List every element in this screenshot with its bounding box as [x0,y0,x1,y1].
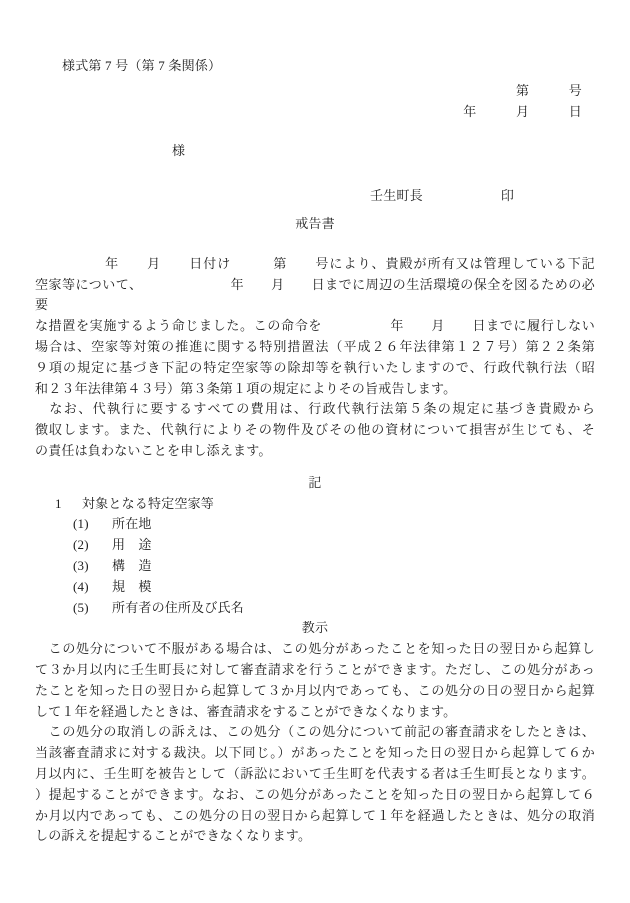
document-title: 戒告書 [35,214,595,235]
body-line: 場合は、空家等対策の推進に関する特別措置法（平成２６年法律第１２７号）第２２条第 [35,337,595,358]
subitem-label: (4) [73,577,112,598]
addressee-honorific: 様 [172,141,595,162]
body-line: 徴収します。また、代執行によりその物件及びその他の資材について損害が生じても、そ [35,420,595,441]
form-number-label: 様式第 7 号（第 7 条関係） [62,56,595,77]
record-subitem: (2)用 途 [73,535,595,556]
body-line: なお、代執行に要するすべての費用は、行政代執行法第５条の規定に基づき貴殿から [35,399,595,420]
subitem-text: 規 模 [112,579,152,594]
issuer-line: 壬生町長印 [370,186,595,207]
instruction-line: たことを知った日の翌日から起算して３か月以内であっても、この処分の日の翌日から起… [35,681,595,702]
record-heading: 記 [35,473,595,494]
instruction-line: 月以内に、壬生町を被告として（訴訟において壬生町を代表する者は壬生町長となります… [35,764,595,785]
date-line: 年 月 日 [35,102,595,123]
body-line: 空家等について、 年 月 日までに周辺の生活環境の保全を図るための必要 [35,275,595,317]
record-item-number: 1 [55,494,82,515]
subitem-label: (3) [73,556,112,577]
instruction-line: 当該審査請求に対する裁決。以下同じ。）があったことを知った日の翌日から起算して６… [35,743,595,764]
body-line: の責任は負わないことを申し添えます。 [35,441,595,462]
record-subitem: (4)規 模 [73,577,595,598]
record-item-title: 対象となる特定空家等 [82,496,214,511]
body-line: 和２３年法律第４３号）第３条第１項の規定によりその旨戒告します。 [35,379,595,400]
instruction-paragraph-1: この処分について不服がある場合は、この処分があったことを知った日の翌日から起算し… [35,639,595,722]
subitem-text: 構 造 [112,558,152,573]
body-line: ９項の規定に基づき下記の特定空家等の除却等を執行いたしますので、行政代執行法（昭 [35,358,595,379]
instruction-line: て３か月以内に壬生町長に対して審査請求を行うことができます。ただし、この処分があ… [35,660,595,681]
instruction-line: して１年を経過したときは、審査請求をすることができなくなります。 [35,702,595,723]
instruction-line: か月以内であっても、この処分の日の翌日から起算して１年を経過したときは、処分の取… [35,806,595,827]
doc-number-line: 第 号 [35,81,595,102]
subitem-text: 用 途 [112,537,152,552]
subitem-label: (1) [73,514,112,535]
instruction-line: ）提起することができます。なお、この処分があったことを知った日の翌日から起算して… [35,785,595,806]
subitem-text: 所有者の住所及び氏名 [112,600,244,615]
record-subitem: (5)所有者の住所及び氏名 [73,598,595,619]
instruction-line: この処分について不服がある場合は、この処分があったことを知った日の翌日から起算し [35,639,595,660]
subitem-text: 所在地 [112,516,152,531]
subitem-label: (2) [73,535,112,556]
body-line: な措置を実施するよう命じました。この命令を 年 月 日までに履行しない [35,316,595,337]
subitem-label: (5) [73,598,112,619]
instruction-line: しの訴えを提起することができなくなります。 [35,826,595,847]
record-item: 1対象となる特定空家等 [55,494,595,515]
order-paragraphs: 年 月 日付け 第 号により、貴殿が所有又は管理している下記 空家等について、 … [35,254,595,462]
record-subitem: (3)構 造 [73,556,595,577]
body-line: 年 月 日付け 第 号により、貴殿が所有又は管理している下記 [35,254,595,275]
instruction-paragraph-2: この処分の取消しの訴えは、この処分（この処分について前記の審査請求をしたときは、… [35,722,595,847]
issuer-name: 壬生町長 [370,188,423,203]
record-subitems: (1)所在地 (2)用 途 (3)構 造 (4)規 模 (5)所有者の住所及び氏… [35,514,595,618]
record-subitem: (1)所在地 [73,514,595,535]
instruction-line: この処分の取消しの訴えは、この処分（この処分について前記の審査請求をしたときは、 [35,722,595,743]
seal-mark: 印 [501,188,514,203]
document-page: 様式第 7 号（第 7 条関係） 第 号 年 月 日 様 壬生町長印 戒告書 年… [0,0,630,903]
instruction-heading: 教示 [35,618,595,639]
